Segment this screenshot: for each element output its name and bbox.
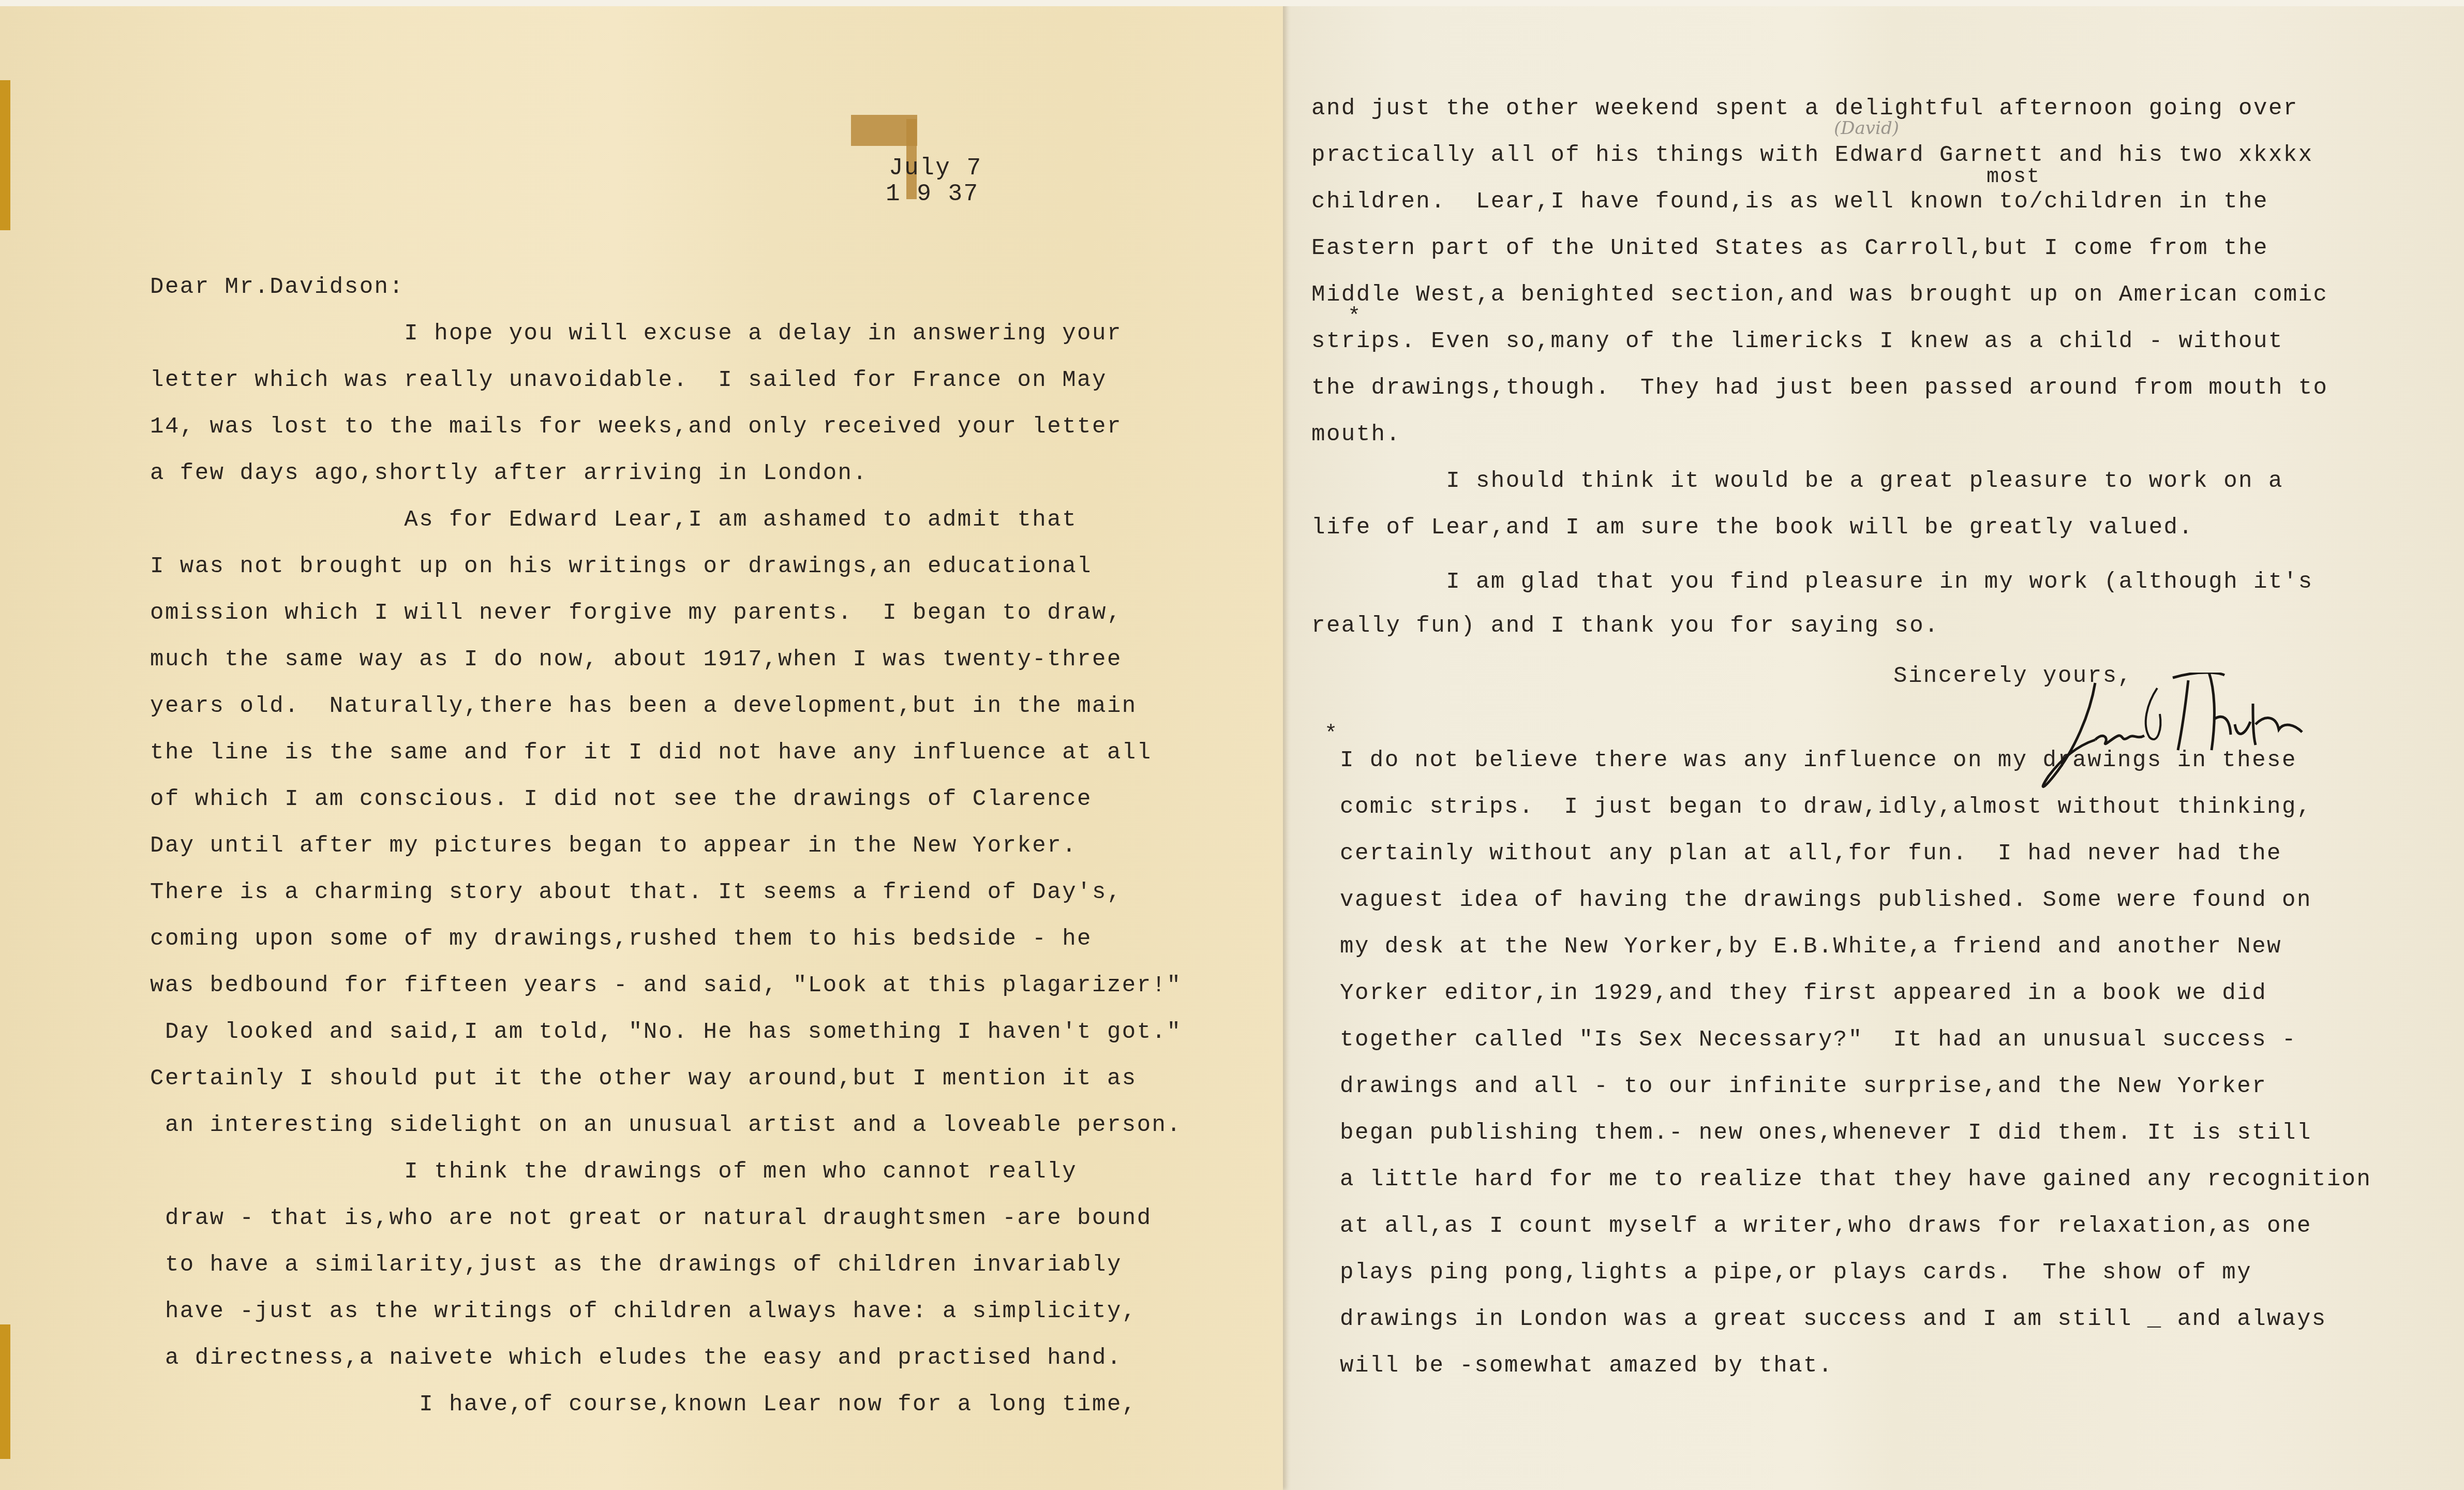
body-line: and just the other weekend spent a delig… [1311,96,2298,122]
postscript-line: comic strips. I just began to draw,idly,… [1340,794,2312,820]
postscript-line: at all,as I count myself a writer,who dr… [1340,1213,2312,1239]
body-line: a directness,a naivete which eludes the … [150,1345,1122,1371]
body-line: I am glad that you find pleasure in my w… [1311,569,2313,595]
tab-mark-top [0,80,10,230]
body-line: letter which was really unavoidable. I s… [150,367,1107,393]
body-line: really fun) and I thank you for saying s… [1311,613,1939,639]
body-line: children. Lear,I have found,is as well k… [1311,189,2268,215]
body-line: of which I am conscious. I did not see t… [150,786,1092,812]
body-line: Day looked and said,I am told, "No. He h… [150,1019,1182,1045]
body-line: 14, was lost to the mails for weeks,and … [150,414,1122,440]
asterisk-marker: * [1324,722,1337,747]
salutation: Dear Mr.Davidson: [150,274,404,300]
body-line: much the same way as I do now, about 191… [150,647,1122,673]
body-line: Eastern part of the United States as Car… [1311,235,2268,261]
body-line: an interesting sidelight on an unusual a… [150,1112,1182,1138]
body-line: Day until after my pictures began to app… [150,833,1077,859]
body-line: Middle West,a benighted section,and was … [1311,282,2328,308]
body-line: coming upon some of my drawings,rushed t… [150,926,1092,952]
postscript-line: drawings in London was a great success a… [1340,1306,2327,1332]
postscript-line: vaguest idea of having the drawings publ… [1340,887,2312,913]
postscript-line: certainly without any plan at all,for fu… [1340,841,2282,867]
signature: James Thurber [2018,673,2390,797]
body-line: years old. Naturally,there has been a de… [150,693,1137,719]
body-line: omission which I will never forgive my p… [150,600,1122,626]
postscript-line: drawings and all - to our infinite surpr… [1340,1074,2267,1099]
postscript-line: began publishing them.- new ones,wheneve… [1340,1120,2312,1146]
postscript-line: together called "Is Sex Necessary?" It h… [1340,1027,2297,1053]
body-line: I have,of course,known Lear now for a lo… [150,1392,1137,1418]
body-line: to have a similarity,just as the drawing… [150,1252,1122,1278]
body-line: I should think it would be a great pleas… [1311,468,2283,494]
body-line: the line is the same and for it I did no… [150,740,1152,766]
body-line: was bedbound for fifteen years - and sai… [150,973,1182,999]
date-line-2: 1 9 37 [886,181,979,207]
tab-mark-bottom [0,1324,10,1459]
asterisk-marker: * [1348,304,1361,329]
body-line: I was not brought up on his writings or … [150,554,1092,579]
postscript-line: a little hard for me to realize that the… [1340,1167,2371,1193]
body-line: have -just as the writings of children a… [150,1299,1137,1324]
typed-insertion-most: most [1987,166,2040,189]
body-line: strips. Even so,many of the limericks I … [1311,329,2283,354]
body-line: a few days ago,shortly after arriving in… [150,460,868,486]
body-line: life of Lear,and I am sure the book will… [1311,515,2193,541]
handwritten-annotation-david: (David) [1834,118,1899,139]
body-line: mouth. [1311,422,1401,448]
body-line: draw - that is,who are not great or natu… [150,1205,1152,1231]
body-line: practically all of his things with Edwar… [1311,142,2313,168]
body-line: Certainly I should put it the other way … [150,1066,1137,1092]
body-line: There is a charming story about that. It… [150,880,1122,905]
postscript-line: my desk at the New Yorker,by E.B.White,a… [1340,934,2282,960]
date-line-1: July 7 [889,155,982,181]
letter-page-1: July 7 1 9 37 Dear Mr.Davidson: I hope y… [0,0,1283,1490]
body-line: I think the drawings of men who cannot r… [150,1159,1077,1185]
body-line: I hope you will excuse a delay in answer… [150,321,1122,347]
postscript-line: will be -somewhat amazed by that. [1340,1353,1833,1379]
body-line: As for Edward Lear,I am ashamed to admit… [150,507,1077,533]
body-line: the drawings,though. They had just been … [1311,375,2328,401]
postscript-line: Yorker editor,in 1929,and they first app… [1340,980,2267,1006]
top-edge [0,0,2464,6]
postscript-line: plays ping pong,lights a pipe,or plays c… [1340,1260,2252,1286]
